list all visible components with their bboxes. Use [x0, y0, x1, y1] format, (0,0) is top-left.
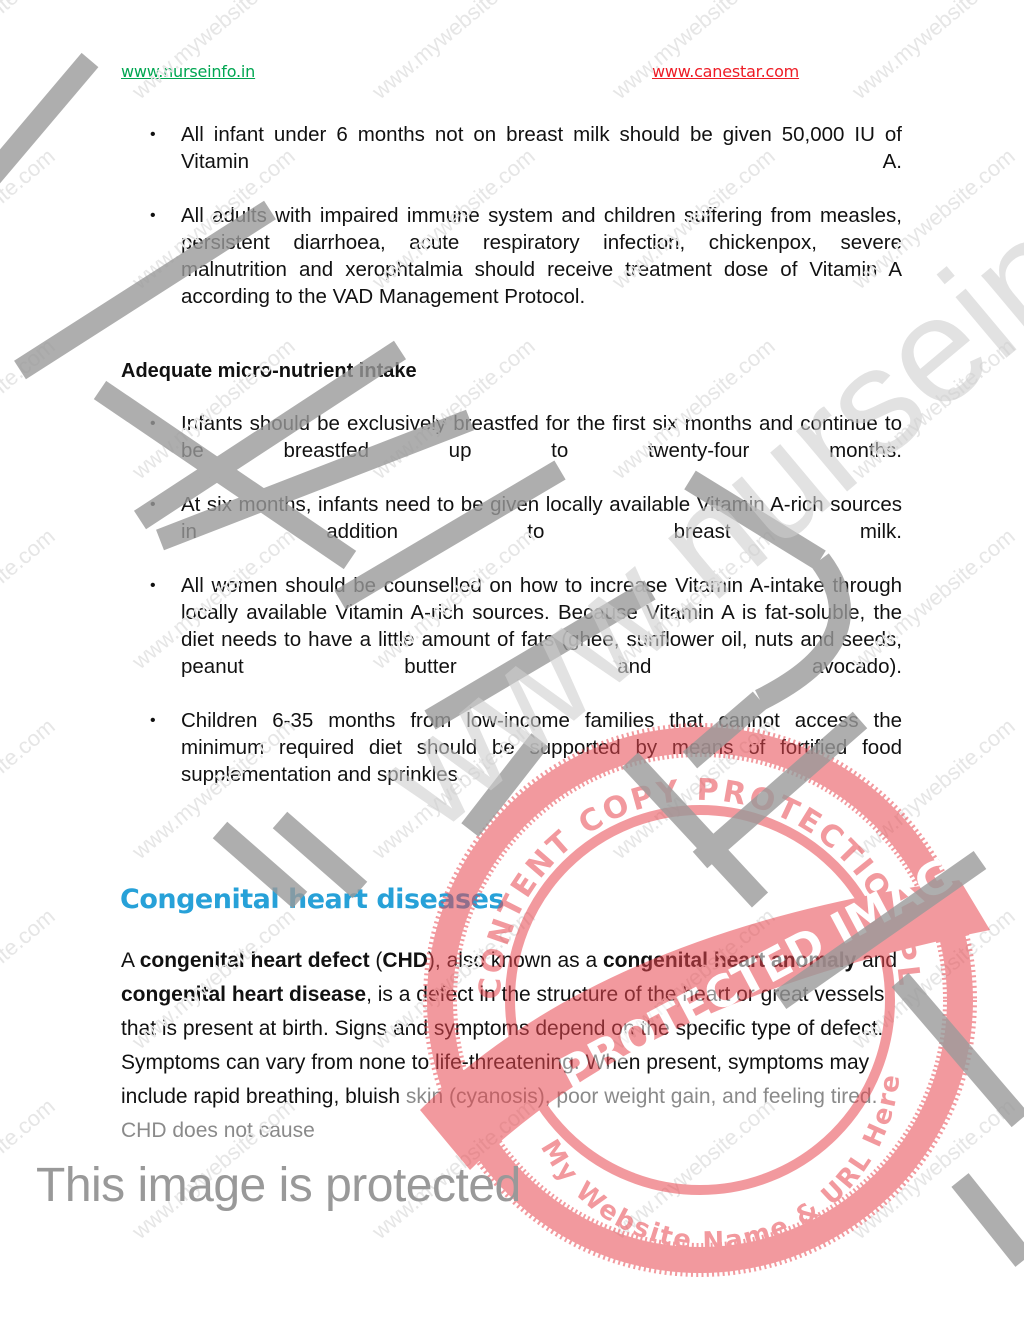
list-item: All infant under 6 months not on breast … — [150, 121, 902, 175]
svg-text:www.mywebsite.com: www.mywebsite.com — [126, 0, 299, 104]
list-item: At six months, infants need to be given … — [150, 491, 902, 545]
svg-text:www.mywebsite.com: www.mywebsite.com — [0, 523, 60, 674]
svg-text:www.mywebsite.com: www.mywebsite.com — [0, 333, 60, 484]
svg-text:www.mywebsite.com: www.mywebsite.com — [0, 903, 60, 1054]
svg-text:www.mywebsite.com: www.mywebsite.com — [0, 143, 60, 294]
list-item: Children 6-35 months from low-income fam… — [150, 707, 902, 788]
list-item: All women should be counselled on how to… — [150, 572, 902, 680]
chd-paragraph: A congenital heart defect (CHD), also kn… — [121, 944, 906, 1148]
canestar-link[interactable]: www.canestar.com — [652, 62, 799, 81]
nurseinfo-link[interactable]: www.nurseinfo.in — [121, 62, 255, 81]
section-title: Congenital heart diseases — [120, 884, 504, 915]
vitamin-a-list: All infant under 6 months not on breast … — [150, 121, 902, 310]
list-item: All adults with impaired immune system a… — [150, 202, 902, 310]
list-item: Infants should be exclusively breastfed … — [150, 410, 902, 464]
section-subheading: Adequate micro-nutrient intake — [121, 360, 417, 383]
svg-text:www.mywebsite.com: www.mywebsite.com — [606, 0, 779, 104]
svg-text:www.mywebsite.com: www.mywebsite.com — [366, 0, 539, 104]
svg-text:www.mywebsite.com: www.mywebsite.com — [0, 0, 60, 104]
svg-text:www.mywebsite.com: www.mywebsite.com — [846, 0, 1019, 104]
micronutrient-list: Infants should be exclusively breastfed … — [150, 410, 902, 788]
protected-message: This image is protected — [36, 1158, 521, 1213]
svg-text:www.mywebsite.com: www.mywebsite.com — [0, 713, 60, 864]
